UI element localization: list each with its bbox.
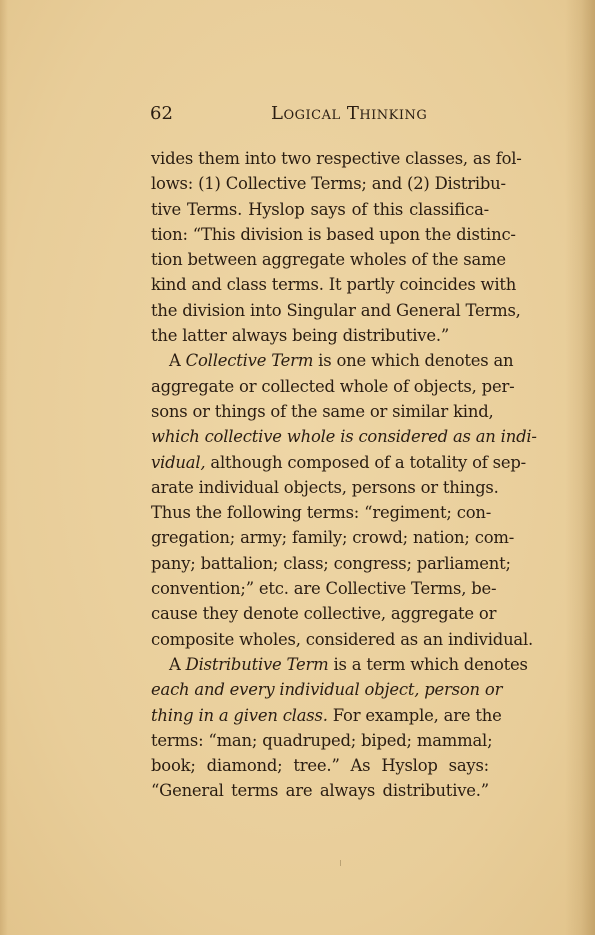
text-run: A	[169, 655, 186, 674]
text-run: gregation; army; family; crowd; nation; …	[151, 528, 514, 547]
running-title: Logical Thinking	[271, 103, 427, 124]
text-run: “General terms are always distributive.”	[151, 781, 489, 800]
text-run: Thus the following terms: “regiment; con…	[151, 503, 491, 522]
text-line: the latter always being distributive.”	[151, 323, 489, 348]
page-number: 62	[150, 103, 173, 124]
text-line: composite wholes, considered as an indiv…	[151, 627, 489, 652]
text-line: vides them into two respective classes, …	[151, 146, 489, 171]
text-run: For example, are the	[328, 706, 502, 725]
text-run: is one which denotes an	[313, 351, 513, 370]
text-run: arate individual objects, persons or thi…	[151, 478, 499, 497]
text-run: tion between aggregate wholes of the sam…	[151, 250, 506, 269]
text-line: the division into Singular and General T…	[151, 298, 489, 323]
text-line: each and every individual object, person…	[151, 677, 489, 702]
text-run: lows: (1) Collective Terms; and (2) Dist…	[151, 174, 506, 193]
text-run: is a term which denotes	[329, 655, 528, 674]
text-run: terms: “man; quadruped; biped; mammal;	[151, 731, 492, 750]
text-line: sons or things of the same or similar ki…	[151, 399, 489, 424]
text-run: tion: “This division is based upon the d…	[151, 225, 516, 244]
text-line: Thus the following terms: “regiment; con…	[151, 500, 489, 525]
text-line: thing in a given class. For example, are…	[151, 703, 489, 728]
text-line: lows: (1) Collective Terms; and (2) Dist…	[151, 171, 489, 196]
text-line: A Distributive Term is a term which deno…	[151, 652, 489, 677]
text-line: aggregate or collected whole of objects,…	[151, 374, 489, 399]
text-run: A	[169, 351, 186, 370]
italic-text: thing in a given class.	[151, 706, 328, 725]
text-line: tive Terms. Hyslop says of this classifi…	[151, 197, 489, 222]
text-run: the division into Singular and General T…	[151, 301, 521, 320]
running-head: 62 Logical Thinking	[150, 103, 432, 127]
text-line: which collective whole is considered as …	[151, 424, 489, 449]
text-line: book; diamond; tree.” As Hyslop says:	[151, 753, 489, 778]
text-run: composite wholes, considered as an indiv…	[151, 630, 533, 649]
text-run: sons or things of the same or similar ki…	[151, 402, 494, 421]
text-line: arate individual objects, persons or thi…	[151, 475, 489, 500]
text-line: pany; battalion; class; congress; parlia…	[151, 551, 489, 576]
text-line: terms: “man; quadruped; biped; mammal;	[151, 728, 489, 753]
text-line: tion: “This division is based upon the d…	[151, 222, 489, 247]
text-line: A Collective Term is one which denotes a…	[151, 348, 489, 373]
italic-text: which collective whole is considered as …	[151, 427, 537, 446]
text-line: gregation; army; family; crowd; nation; …	[151, 525, 489, 550]
text-run: pany; battalion; class; congress; parlia…	[151, 554, 511, 573]
text-line: tion between aggregate wholes of the sam…	[151, 247, 489, 272]
text-run: book; diamond; tree.” As Hyslop says:	[151, 756, 489, 775]
text-run: tive Terms. Hyslop says of this classifi…	[151, 200, 489, 219]
paragraph: vides them into two respective classes, …	[151, 146, 489, 348]
italic-text: Collective Term	[186, 351, 314, 370]
book-page: 62 Logical Thinking vides them into two …	[0, 0, 595, 935]
text-run: the latter always being distributive.”	[151, 326, 449, 345]
paragraph: A Collective Term is one which denotes a…	[151, 348, 489, 652]
text-run: although composed of a totality of sep-	[205, 453, 526, 472]
text-line: kind and class terms. It partly coincide…	[151, 272, 489, 297]
body-text: vides them into two respective classes, …	[151, 146, 489, 804]
text-run: cause they denote collective, aggregate …	[151, 604, 496, 623]
print-mark	[340, 860, 341, 866]
italic-text: vidual,	[151, 453, 205, 472]
text-line: cause they denote collective, aggregate …	[151, 601, 489, 626]
text-line: convention;” etc. are Collective Terms, …	[151, 576, 489, 601]
italic-text: Distributive Term	[186, 655, 329, 674]
text-run: convention;” etc. are Collective Terms, …	[151, 579, 496, 598]
italic-text: each and every individual object, person…	[151, 680, 502, 699]
paragraph: A Distributive Term is a term which deno…	[151, 652, 489, 804]
text-line: “General terms are always distributive.”	[151, 778, 489, 803]
text-line: vidual, although composed of a totality …	[151, 450, 489, 475]
text-run: aggregate or collected whole of objects,…	[151, 377, 514, 396]
text-run: kind and class terms. It partly coincide…	[151, 275, 516, 294]
text-run: vides them into two respective classes, …	[151, 149, 522, 168]
